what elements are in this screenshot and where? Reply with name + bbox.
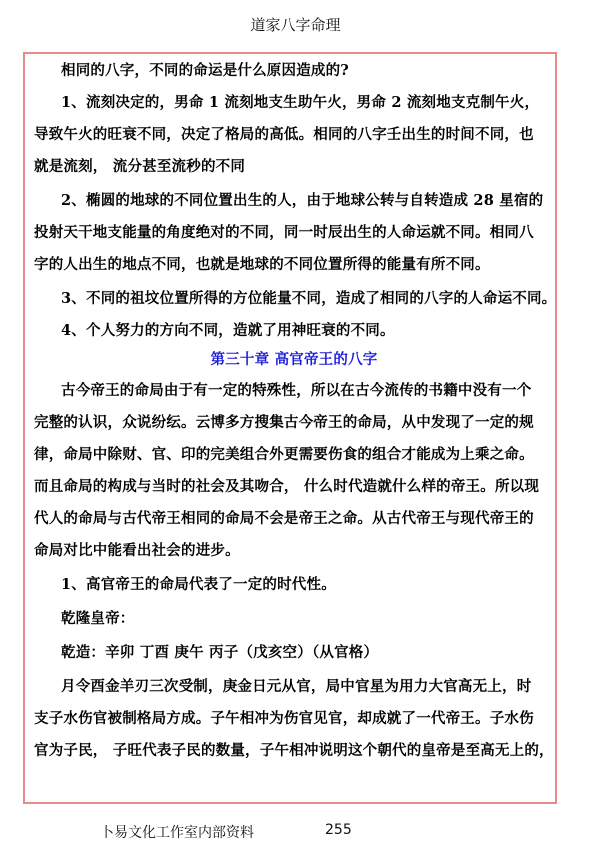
- paragraph-line: 官为子民， 子旺代表子民的数量，子午相冲说明这个朝代的皇帝是至高无上的，: [34, 742, 554, 760]
- paragraph-line: 1、流刻决定的，男命 1 流刻地支生助午火，男命 2 流刻地支克制午火，: [61, 94, 539, 112]
- content-frame: 相同的八字，不同的命运是什么原因造成的? 1、流刻决定的，男命 1 流刻地支生助…: [23, 52, 557, 804]
- section-heading: 1、高官帝王的命局代表了一定的时代性。: [61, 576, 336, 594]
- paragraph-line: 古今帝王的命局由于有一定的特殊性，所以在古今流传的书籍中没有一个: [61, 382, 531, 400]
- paragraph-line: 字的人出生的地点不同，也就是地球的不同位置所得的能量有所不同。: [34, 256, 490, 274]
- paragraph-line: 完整的认识，众说纷纭。云博多方搜集古今帝王的命局，从中发现了一定的规: [34, 414, 534, 432]
- paragraph-line: 而且命局的构成与当时的社会及其吻合， 什么时代造就什么样的帝王。所以现: [34, 478, 539, 496]
- paragraph-line: 律，命局中除财、官、印的完美组合外更需要伤食的组合才能成为上乘之命。: [34, 446, 534, 464]
- paragraph-line: 3、不同的祖坟位置所得的方位能量不同，造成了相同的八字的人命运不同。: [61, 290, 556, 308]
- chapter-heading: 第三十章 高官帝王的八字: [34, 351, 554, 369]
- question-heading: 相同的八字，不同的命运是什么原因造成的?: [61, 62, 349, 80]
- paragraph-line: 2、椭圆的地球的不同位置出生的人，由于地球公转与自转造成 28 星宿的: [61, 192, 543, 210]
- paragraph-line: 导致午火的旺衰不同，决定了格局的高低。相同的八字壬出生的时间不同，也: [34, 126, 534, 144]
- bazi-chart-line: 乾造：辛卯 丁酉 庚午 丙子（戊亥空）（从官格）: [61, 644, 378, 662]
- paragraph-line: 代人的命局与古代帝王相同的命局不会是帝王之命。从古代帝王与现代帝王的: [34, 510, 534, 528]
- running-header-title: 道家八字命理: [0, 14, 591, 35]
- paragraph-line: 4、个人努力的方向不同，造就了用神旺衰的不同。: [61, 322, 395, 340]
- page-number: 255: [325, 822, 352, 838]
- paragraph-line: 投射天干地支能量的角度绝对的不同，同一时辰出生的人命运就不同。相同八: [34, 224, 534, 242]
- footer-label: 卜易文化工作室内部资料: [100, 822, 254, 842]
- paragraph-line: 支子水伤官被制格局方成。子午相冲为伤官见官，却成就了一代帝王。子水伤: [34, 710, 534, 728]
- subject-name: 乾隆皇帝：: [61, 610, 135, 628]
- paragraph-line: 月令酉金羊刃三次受制，庚金日元从官，局中官星为用力大官高无上，时: [61, 678, 531, 696]
- paragraph-line: 就是流刻， 流分甚至流秒的不同: [34, 158, 245, 176]
- paragraph-line: 命局对比中能看出社会的进步。: [34, 542, 240, 560]
